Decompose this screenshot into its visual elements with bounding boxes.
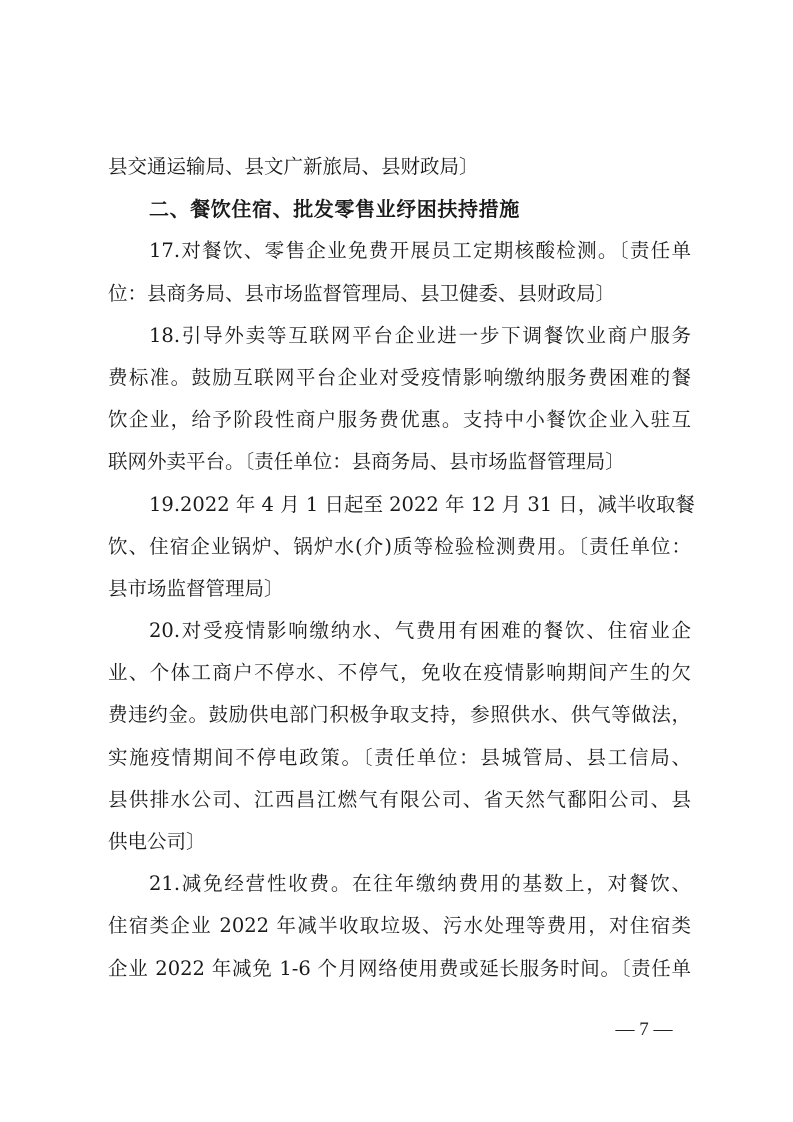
measure-18-line: 饮企业，给予阶段性商户服务费优惠。支持中小餐饮企业入驻互 xyxy=(108,399,691,441)
measure-17-line: 17.对餐饮、零售企业免费开展员工定期核酸检测。〔责任单 xyxy=(108,230,691,272)
measure-19-line: 饮、住宿企业锅炉、锅炉水(介)质等检验检测费用。〔责任单位： xyxy=(108,526,691,568)
measure-20-line: 业、个体工商户不停水、不停气，免收在疫情影响期间产生的欠 xyxy=(108,652,691,694)
measure-20-line: 供电公司〕 xyxy=(108,821,691,863)
measure-20-line: 20.对受疫情影响缴纳水、气费用有困难的餐饮、住宿业企 xyxy=(108,610,691,652)
measure-17-line: 位：县商务局、县市场监督管理局、县卫健委、县财政局〕 xyxy=(108,273,691,315)
measure-21-line: 21.减免经营性收费。在往年缴纳费用的基数上，对餐饮、 xyxy=(108,863,691,905)
document-page: 县交通运输局、县文广新旅局、县财政局〕 二、餐饮住宿、批发零售业纾困扶持措施 1… xyxy=(0,0,793,1122)
measure-19-line: 19.2022 年 4 月 1 日起至 2022 年 12 月 31 日，减半收… xyxy=(108,484,691,526)
measure-21-line: 企业 2022 年减免 1-6 个月网络使用费或延长服务时间。〔责任单 xyxy=(108,948,691,990)
document-body: 县交通运输局、县文广新旅局、县财政局〕 二、餐饮住宿、批发零售业纾困扶持措施 1… xyxy=(108,146,691,990)
measure-18-line: 联网外卖平台。〔责任单位：县商务局、县市场监督管理局〕 xyxy=(108,441,691,483)
measure-20-line: 县供排水公司、江西昌江燃气有限公司、省天然气鄱阳公司、县 xyxy=(108,779,691,821)
measure-18-line: 18.引导外卖等互联网平台企业进一步下调餐饮业商户服务 xyxy=(108,315,691,357)
page-number: — 7 — xyxy=(608,1016,680,1044)
section-heading: 二、餐饮住宿、批发零售业纾困扶持措施 xyxy=(108,188,691,230)
measure-20-line: 费违约金。鼓励供电部门积极争取支持，参照供水、供气等做法， xyxy=(108,694,691,736)
measure-19-line: 县市场监督管理局〕 xyxy=(108,568,691,610)
measure-21-line: 住宿类企业 2022 年减半收取垃圾、污水处理等费用，对住宿类 xyxy=(108,905,691,947)
paragraph-line: 县交通运输局、县文广新旅局、县财政局〕 xyxy=(108,146,691,188)
measure-18-line: 费标准。鼓励互联网平台企业对受疫情影响缴纳服务费困难的餐 xyxy=(108,357,691,399)
measure-20-line: 实施疫情期间不停电政策。〔责任单位：县城管局、县工信局、 xyxy=(108,737,691,779)
